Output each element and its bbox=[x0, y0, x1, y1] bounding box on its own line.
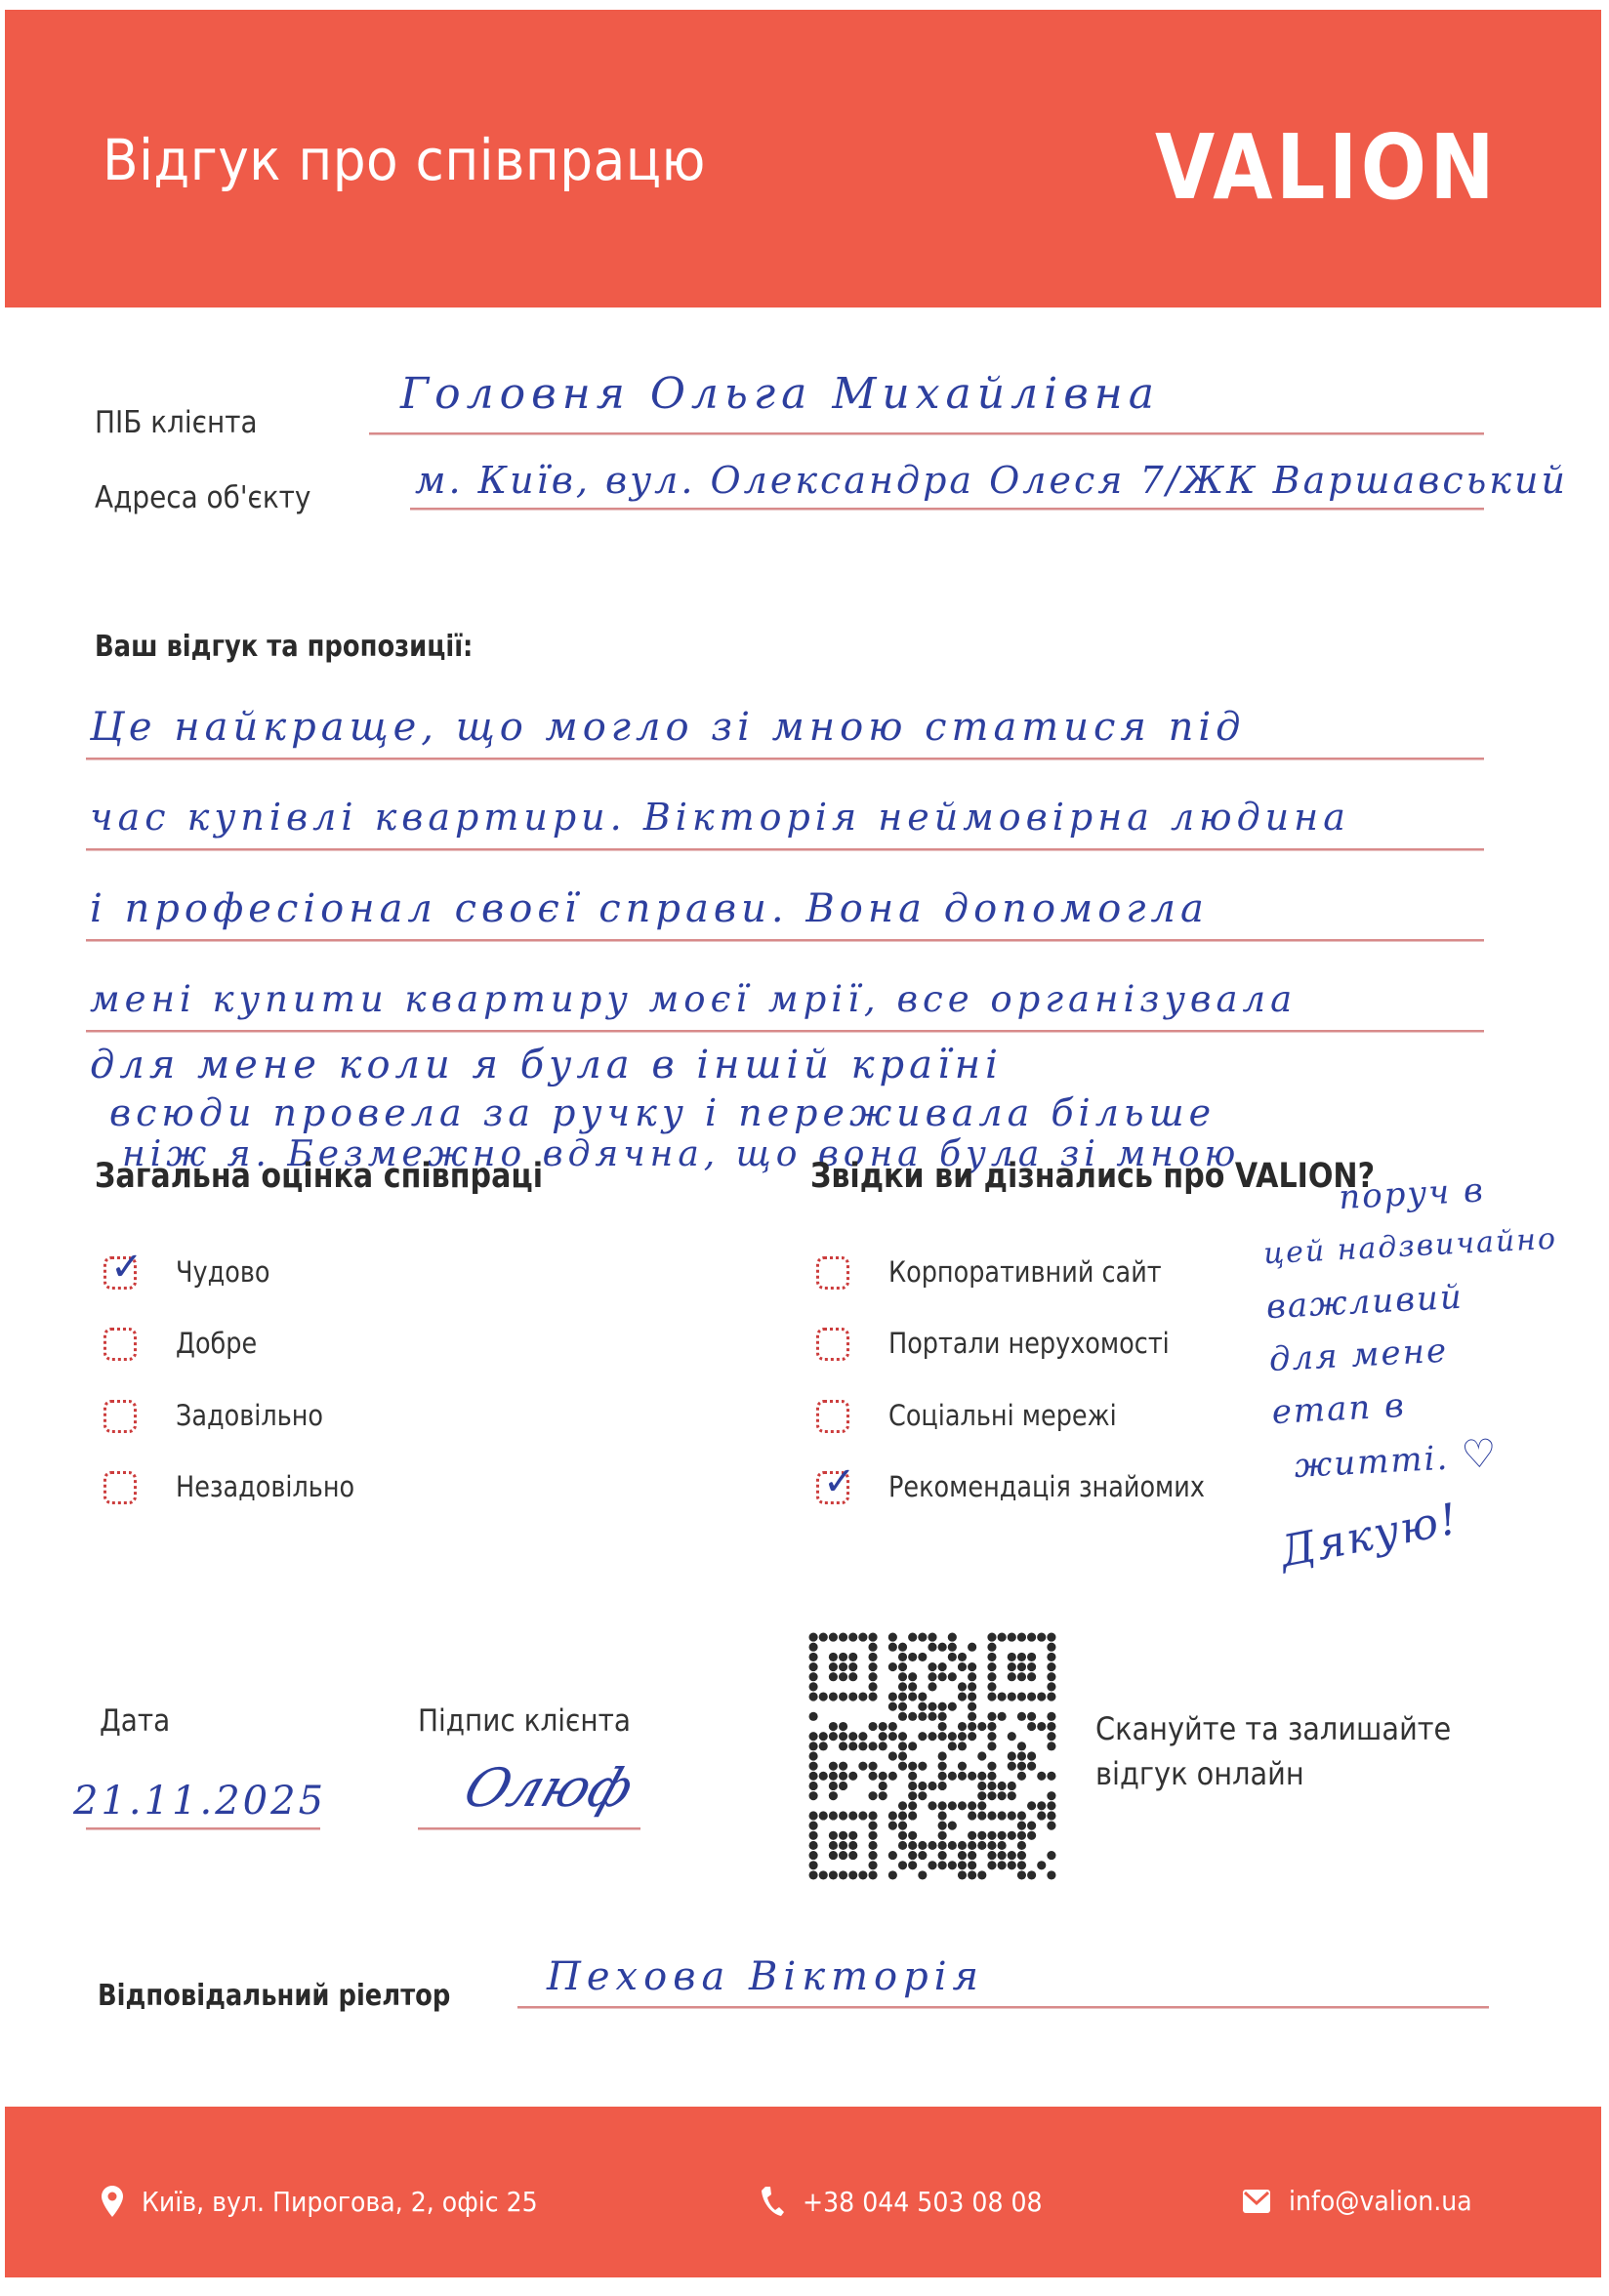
address-underline bbox=[410, 508, 1484, 511]
feedback-line-rule bbox=[86, 939, 1484, 942]
checkbox-label: Соціальні мережі bbox=[888, 1399, 1117, 1432]
rating-heading: Загальна оцінка співпраці bbox=[95, 1157, 543, 1196]
qr-caption: Скануйте та залишайте відгук онлайн bbox=[1095, 1706, 1451, 1796]
feedback-line: і професіонал своєї справи. Вона допомог… bbox=[90, 886, 1209, 931]
feedback-line-rule bbox=[86, 1030, 1484, 1033]
signature-field[interactable]: Олюф bbox=[457, 1757, 641, 1819]
checkbox-label: Задовільно bbox=[176, 1399, 323, 1432]
checkmark-icon: ✓ bbox=[823, 1462, 856, 1501]
feedback-line: Це найкраще, що могло зі мною статися пі… bbox=[90, 705, 1246, 750]
checkbox-label: Корпоративний сайт bbox=[888, 1255, 1162, 1289]
checkbox[interactable] bbox=[816, 1328, 849, 1361]
checkbox[interactable] bbox=[103, 1400, 137, 1433]
checkbox-label: Незадовільно bbox=[176, 1470, 354, 1503]
footer-email[interactable]: info@valion.ua bbox=[1242, 2185, 1492, 2217]
qr-caption-line: Скануйте та залишайте bbox=[1095, 1706, 1451, 1751]
realtor-field[interactable]: Пехова Вікторія bbox=[547, 1954, 984, 1999]
client-name-field[interactable]: Головня Ольга Михайлівна bbox=[400, 369, 1160, 419]
feedback-line-rule bbox=[86, 848, 1484, 851]
heart-icon: ♡ bbox=[1461, 1431, 1500, 1478]
checkbox[interactable] bbox=[103, 1328, 137, 1361]
margin-note-text: житті. bbox=[1294, 1439, 1451, 1486]
client-name-underline bbox=[369, 432, 1484, 435]
feedback-line: час купівлі квартири. Вікторія неймовірн… bbox=[90, 796, 1350, 839]
checkbox-label: Портали нерухомості bbox=[888, 1327, 1170, 1360]
footer-phone[interactable]: +38 044 503 08 08 bbox=[760, 2185, 1069, 2218]
address-field[interactable]: м. Київ, вул. Олександра Олеся 7/ЖК Варш… bbox=[415, 459, 1568, 502]
signature-underline bbox=[418, 1827, 640, 1830]
date-label: Дата bbox=[100, 1703, 170, 1739]
source-heading: Звідки ви дізнались про VALION? bbox=[810, 1157, 1375, 1196]
feedback-line: для мене коли я була в іншій країні bbox=[90, 1043, 1003, 1087]
footer-address-text: Київ, вул. Пирогова, 2, офіс 25 bbox=[142, 2186, 538, 2218]
feedback-margin-note: поруч в цей надзвичайно важливий для мен… bbox=[1259, 1158, 1609, 1556]
qr-caption-line: відгук онлайн bbox=[1095, 1751, 1451, 1796]
checkbox-label: Рекомендація знайомих bbox=[888, 1470, 1205, 1503]
feedback-heading: Ваш відгук та пропозиції: bbox=[95, 630, 473, 664]
footer-address: Київ, вул. Пирогова, 2, офіс 25 bbox=[101, 2185, 582, 2218]
phone-icon bbox=[760, 2185, 785, 2218]
checkmark-icon: ✓ bbox=[110, 1248, 144, 1287]
realtor-underline bbox=[517, 2006, 1489, 2009]
checkbox[interactable]: ✓ bbox=[816, 1471, 849, 1504]
footer-phone-text: +38 044 503 08 08 bbox=[803, 2186, 1043, 2218]
checkbox[interactable]: ✓ bbox=[103, 1256, 137, 1290]
feedback-line-rule bbox=[86, 758, 1484, 760]
header-band: Відгук про співпрацю VALION bbox=[5, 10, 1601, 307]
realtor-label: Відповідальний ріелтор bbox=[98, 1979, 450, 2013]
feedback-line: мені купити квартиру моєї мрії, все орга… bbox=[90, 978, 1297, 1020]
checkbox[interactable] bbox=[816, 1400, 849, 1433]
checkbox[interactable] bbox=[103, 1471, 137, 1504]
checkbox-label: Чудово bbox=[176, 1255, 270, 1289]
signature-label: Підпис клієнта bbox=[418, 1703, 631, 1739]
address-label: Адреса об'єкту bbox=[95, 480, 310, 515]
client-name-label: ПІБ клієнта bbox=[95, 405, 258, 440]
form-title: Відгук про співпрацю bbox=[103, 127, 706, 193]
date-field[interactable]: 21.11.2025 bbox=[73, 1779, 326, 1824]
checkbox[interactable] bbox=[816, 1256, 849, 1290]
feedback-line: всюди провела за ручку і переживала біль… bbox=[109, 1091, 1216, 1134]
map-pin-icon bbox=[101, 2185, 124, 2218]
qr-code-icon[interactable] bbox=[808, 1632, 1056, 1880]
date-underline bbox=[86, 1827, 320, 1830]
footer-email-text: info@valion.ua bbox=[1289, 2185, 1472, 2217]
brand-logo: VALION bbox=[1155, 115, 1498, 220]
checkbox-label: Добре bbox=[176, 1327, 257, 1360]
mail-icon bbox=[1242, 2189, 1271, 2214]
